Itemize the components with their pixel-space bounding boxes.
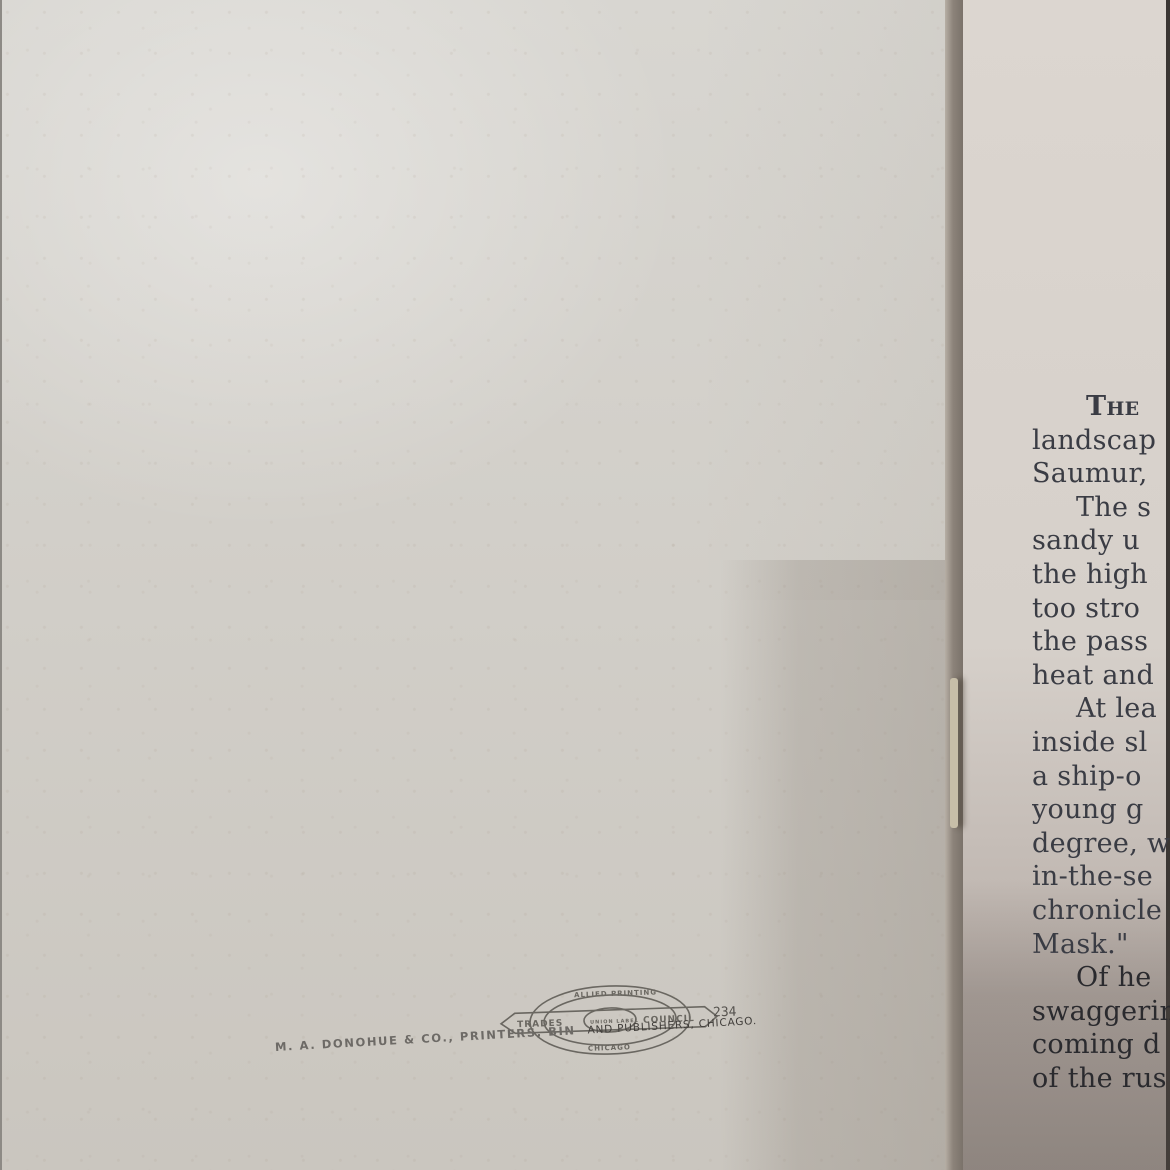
text-line: young g (1032, 793, 1170, 827)
text-line: inside sl (1032, 726, 1170, 760)
text-line: the high (1032, 558, 1170, 592)
book-spread-photo: TRADES COUNCIL ALLIED PRINTING CHICAGO U… (0, 0, 1170, 1170)
text-line: the pass (1032, 625, 1170, 659)
text-line: heat and (1032, 659, 1170, 693)
text-line: The s (1032, 491, 1170, 525)
union-label-bottom-text: CHICAGO (588, 1043, 631, 1052)
text-line: of the rus (1032, 1062, 1170, 1096)
text-line: a ship-o (1032, 760, 1170, 794)
text-line: swaggerin (1032, 995, 1170, 1029)
book-gutter (945, 0, 965, 1170)
text-line: Saumur, (1032, 457, 1170, 491)
text-line: too stro (1032, 592, 1170, 626)
shadow-overlay (720, 560, 980, 1170)
text-line: sandy u (1032, 524, 1170, 558)
right-page-text: The landscap Saumur, The s sandy u the h… (1032, 390, 1170, 1095)
text-line: degree, w (1032, 827, 1170, 861)
text-line: in-the-se (1032, 860, 1170, 894)
page-edge-line (0, 0, 2, 1170)
text-line: landscap (1032, 424, 1170, 458)
text-line: At lea (1032, 692, 1170, 726)
text-line: Mask." (1032, 928, 1170, 962)
text-line: chronicle (1032, 894, 1170, 928)
shadow-overlay-upper (700, 0, 950, 600)
text-line: Of he (1032, 961, 1170, 995)
torn-page-edge (950, 678, 958, 828)
text-line: The (1032, 390, 1170, 424)
text-line: coming d (1032, 1028, 1170, 1062)
